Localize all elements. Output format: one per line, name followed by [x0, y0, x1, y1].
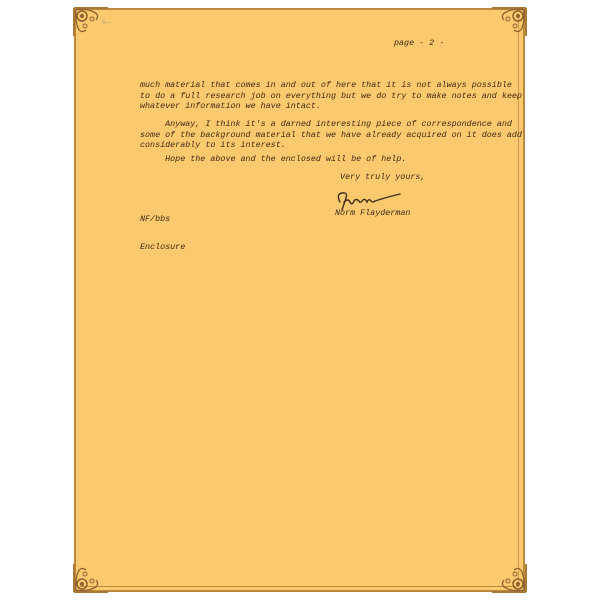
corner-mark: 6—: [102, 19, 112, 26]
page-number: page - 2 -: [394, 38, 444, 49]
signer-name: Norm Flayderman: [335, 208, 410, 219]
body-paragraph: Hope the above and the enclosed will be …: [140, 154, 406, 165]
closing: Very truly yours,: [340, 172, 425, 183]
ornate-corner-bottom-right-icon: [490, 562, 528, 594]
body-line: to do a full research job on everything …: [140, 91, 522, 102]
enclosure-note: Enclosure: [140, 242, 185, 253]
body-line: some of the background material that we …: [140, 130, 522, 141]
typist-initials: NF/bbs: [140, 214, 170, 225]
body-line: considerably to its interest.: [140, 140, 522, 151]
body-paragraph: much material that comes in and out of h…: [140, 80, 522, 112]
body-paragraph: Anyway, I think it's a darned interestin…: [140, 119, 522, 151]
ornate-corner-top-right-icon: [490, 6, 528, 38]
body-line: Anyway, I think it's a darned interestin…: [140, 119, 522, 130]
body-line: much material that comes in and out of h…: [140, 80, 522, 91]
body-line: Hope the above and the enclosed will be …: [140, 154, 406, 165]
body-line: whatever information we have intact.: [140, 101, 522, 112]
ornate-corner-bottom-left-icon: [72, 562, 110, 594]
